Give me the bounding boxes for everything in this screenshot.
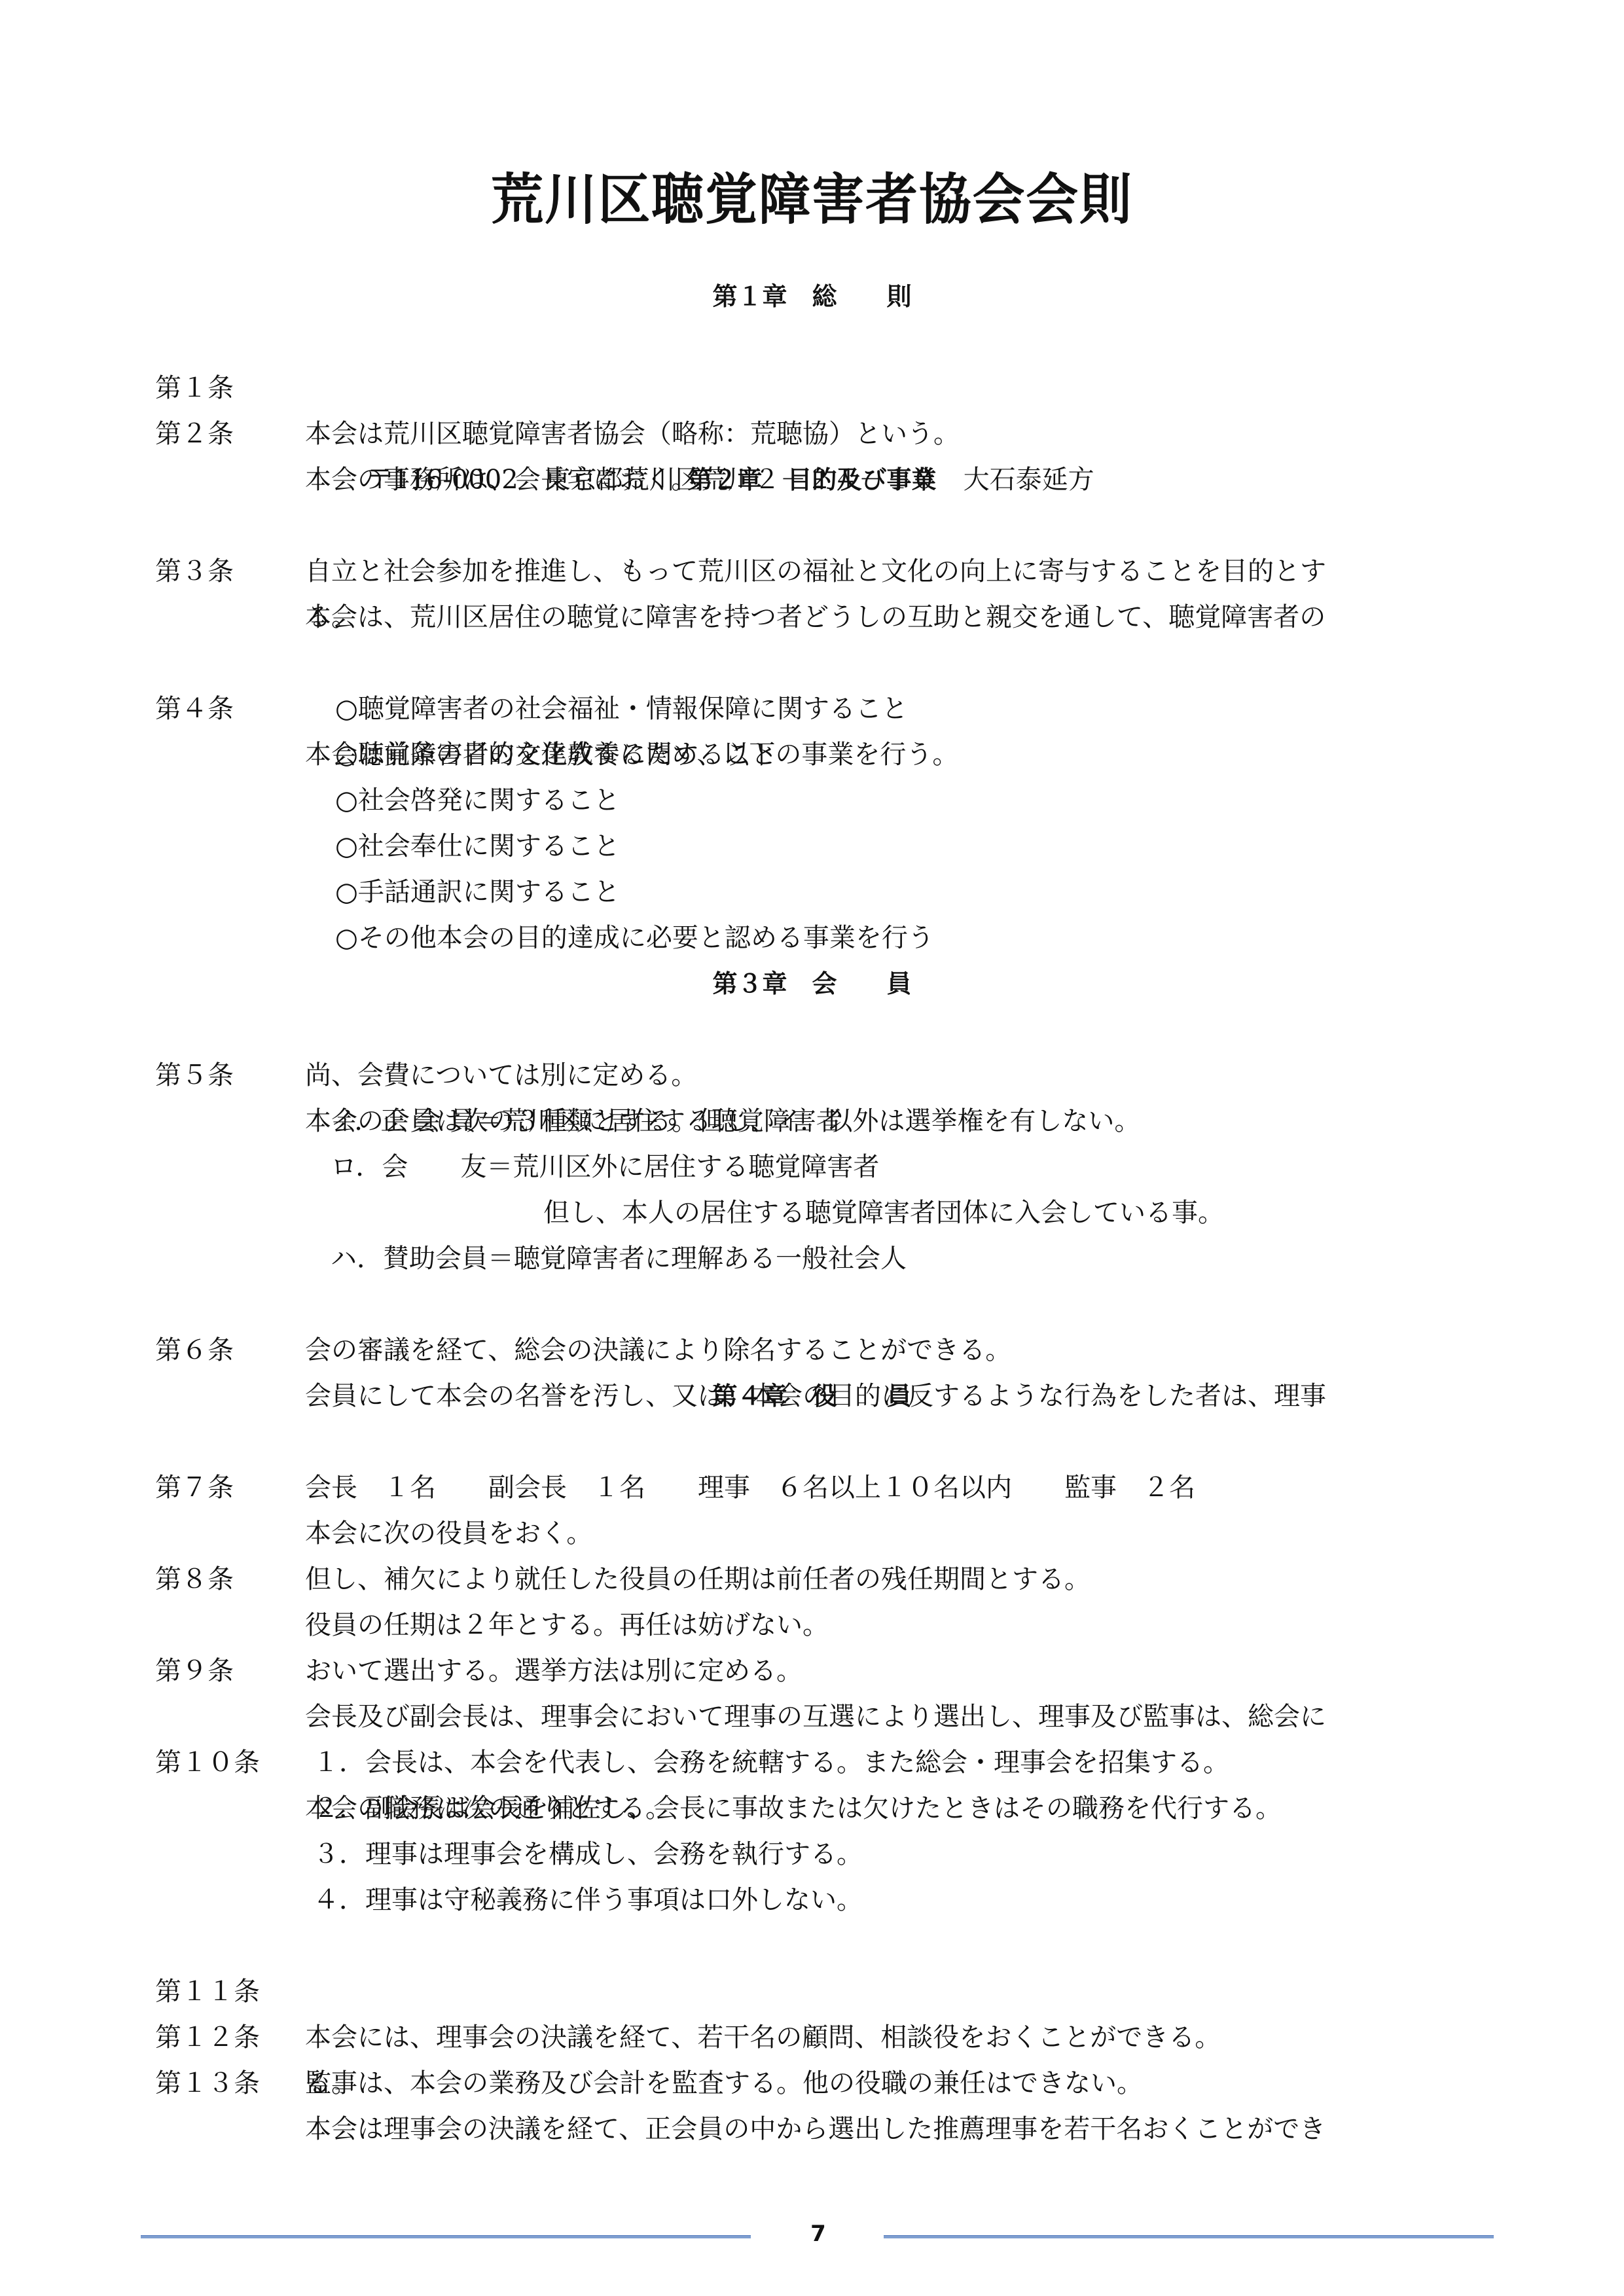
article-text: る。 [305,594,357,640]
article-4: 第４条 本会は前条の目的を達成するため、以下の事業を行う。 [0,640,1624,823]
officer-counts: 会長 １名 副会長 １名 理事 ６名以上１０名以内 監事 ２名 [305,1465,1195,1511]
article-13: 第１３条 本会は理事会の決議を経て、正会員の中から選出した推薦理事を若干名おくこ… [0,2015,1624,2198]
article-label: 第３条 [155,548,234,594]
list-item: ○社会奉仕に関すること [335,823,620,869]
list-item: １．会長は、本会を代表し、会務を統轄する。また総会・理事会を招集する。 [313,1740,1229,1785]
article-text: る。 [305,2060,357,2106]
article-text: 本会は、荒川区居住の聴覚に障害を持つ者どうしの互助と親交を通して、聴覚障害者の [305,594,1326,640]
chapter-3-heading: 第３章 会 員 [0,961,1624,1007]
article-label: 第９条 [155,1648,234,1694]
article-label: 第５条 [155,1052,234,1098]
article-label: 第８条 [155,1556,234,1602]
article-label: 第６条 [155,1327,234,1373]
article-text: 本会は理事会の決議を経て、正会員の中から選出した推薦理事を若干名おくことができ [305,2106,1326,2152]
footer-rule-left [141,2235,751,2238]
list-item: ロ．会 友＝荒川区外に居住する聴覚障害者 [331,1144,879,1190]
list-item: ○手話通訳に関すること [335,869,620,915]
list-item: ○その他本会の目的達成に必要と認める事業を行う [335,915,934,961]
list-item: ２．副会長は会長を補佐し、会長に事故または欠けたときはその職務を代行する。 [313,1785,1282,1831]
document-title: 荒川区聴覚障害者協会会則 [41,156,1583,235]
article-label: 第７条 [155,1465,234,1511]
chapter-4-heading: 第４章 役 員 [0,1373,1624,1419]
footer-rule-right [884,2235,1494,2238]
list-item: ハ．賛助会員＝聴覚障害者に理解ある一般社会人 [331,1236,907,1282]
page-number: 7 [799,2221,838,2247]
list-item: ○社会啓発に関すること [335,778,620,823]
article-label: 第１３条 [155,2060,260,2106]
chapter-1-heading: 第１章 総 則 [0,274,1624,319]
article-text: 但し、補欠により就任した役員の任期は前任者の残任期間とする。 [305,1556,1091,1602]
list-item-note: 但し、本人の居住する聴覚障害者団体に入会している事。 [543,1190,1224,1236]
list-item: イ．正 会 員＝荒川区に居住する聴覚障害者 [331,1098,842,1144]
list-item: ○聴覚障害者の社会福祉・情報保障に関すること [335,686,908,732]
article-label: 第４条 [155,686,234,732]
article-text: おいて選出する。選挙方法は別に定める。 [305,1648,803,1694]
list-item: ３．理事は理事会を構成し、会務を執行する。 [313,1831,863,1877]
chapter-2-heading: 第２章 目的及び事業 [0,457,1624,503]
article-label: 第１０条 [155,1740,260,1785]
article-text: 尚、会費については別に定める。 [305,1052,697,1098]
list-item: ４．理事は守秘義務に伴う事項は口外しない。 [313,1877,863,1923]
article-text: 会の審議を経て、総会の決議により除名することができる。 [305,1327,1011,1373]
list-item: ○聴覚障害者の文化教養に関すること [335,732,777,778]
article-text: 自立と社会参加を推進し、もって荒川区の福祉と文化の向上に寄与することを目的とす [305,548,1326,594]
